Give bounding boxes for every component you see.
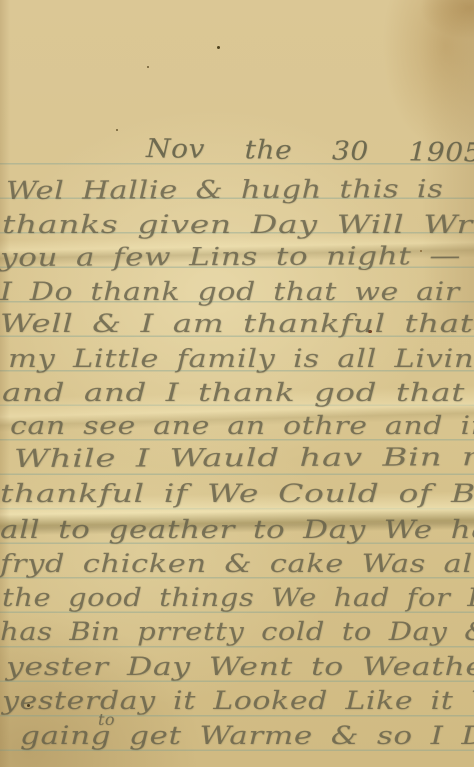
- inserted-word-to: to: [98, 710, 115, 729]
- handwriting-line: you a few Lins to night —: [0, 241, 461, 272]
- handwriting-line: yester Day Went to Weatherford: [6, 652, 474, 681]
- handwriting-line: all to geather to Day We had: [0, 515, 474, 544]
- handwriting-line: I Do thank god that we air all: [0, 277, 474, 306]
- handwriting-line: my Little family is all Living: [8, 344, 474, 373]
- handwriting-line: While I Wauld hav Bin more: [14, 442, 474, 473]
- handwriting-line: thanks given Day Will Wright: [2, 210, 474, 239]
- paper-speck: [116, 129, 118, 131]
- handwriting-line: fryd chicken & cake Was all: [0, 549, 474, 578]
- date-line: Nov the 30 1905: [146, 134, 474, 168]
- handwriting-line: can see ane an othre and in a: [10, 411, 474, 440]
- handwriting-line: Wel Hallie & hugh this is: [6, 174, 444, 205]
- handwriting-line: the good things We had for Diner: [2, 583, 474, 612]
- handwriting-line: and and I thank god that we: [2, 378, 474, 407]
- paper-speck: [217, 46, 220, 49]
- handwriting-line: has Bin prretty cold to Day &: [0, 617, 474, 646]
- paper-speck: [147, 66, 149, 68]
- handwriting-line: thankful if We Could of Bin: [0, 479, 474, 508]
- handwriting-line: yesterday it Looked Like it Was: [2, 686, 474, 715]
- letter-scan: Nov the 30 1905 Wel Hallie & hugh this i…: [0, 0, 474, 767]
- handwriting-line: gaing get Warme & so I Did: [20, 721, 474, 750]
- handwriting-line: Well & I am thankful that: [0, 309, 473, 338]
